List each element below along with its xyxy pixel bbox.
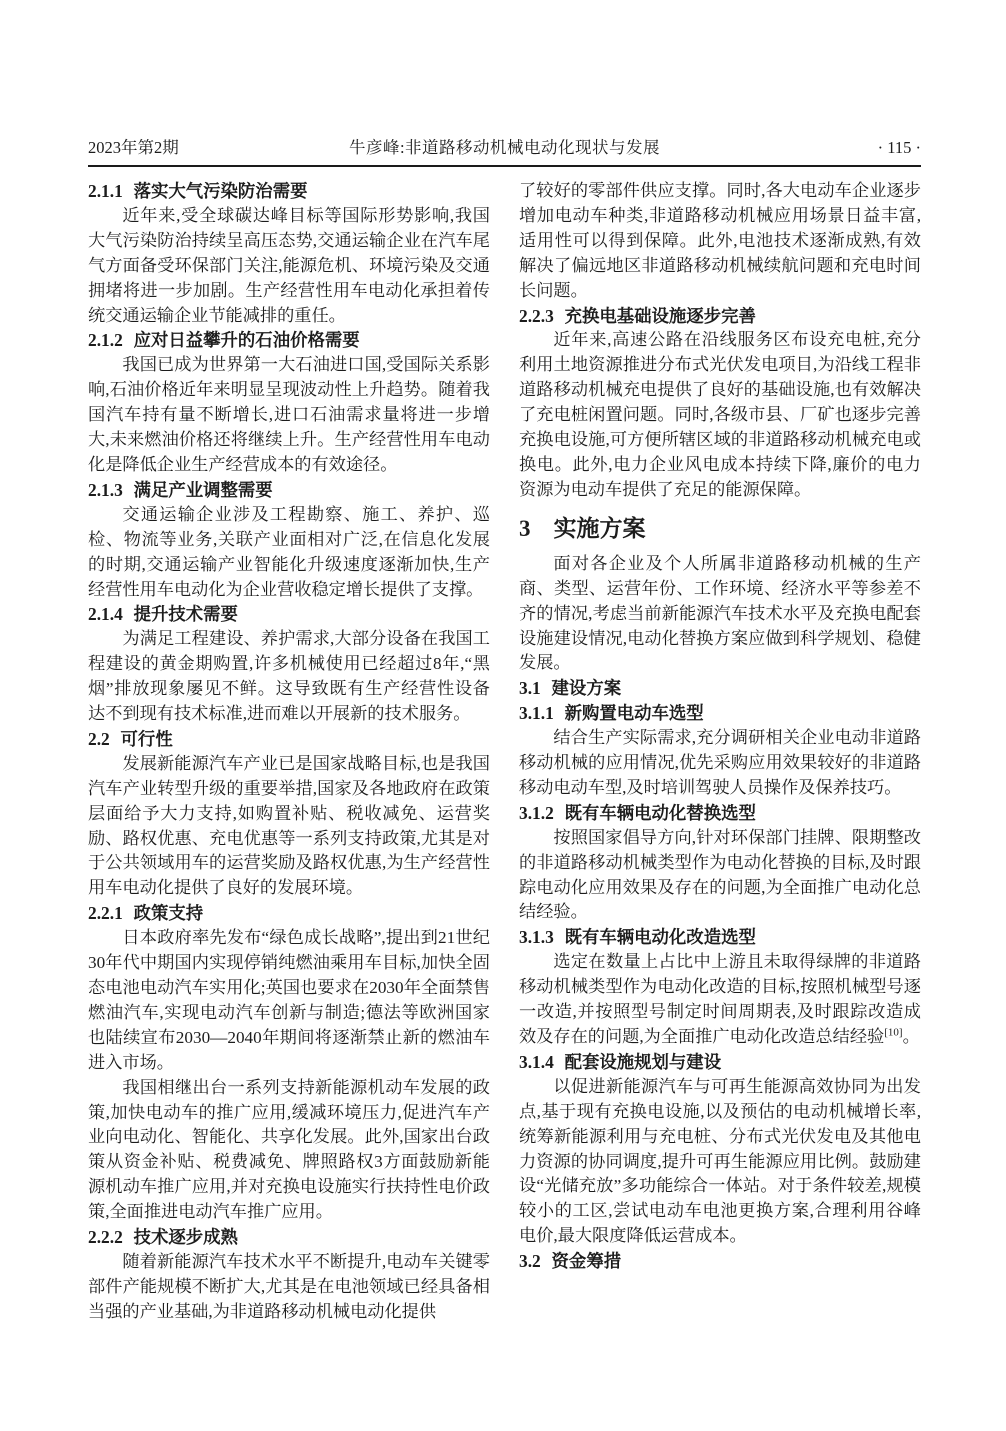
- heading-number: 3.1.2: [519, 803, 554, 823]
- heading-number: 3.1.1: [519, 703, 554, 723]
- journal-issue: 2023年第2期: [88, 138, 308, 158]
- right-column: 了较好的零部件供应支撑。同时,各大电动车企业逐步增加电动车种类,非道路移动机械应…: [519, 179, 921, 1325]
- section-heading-3: 3实施方案: [519, 515, 921, 542]
- heading-number: 2.2.3: [519, 306, 554, 326]
- heading-number: 3.1: [519, 678, 541, 698]
- header-rule: [88, 165, 921, 167]
- heading-3-1-4: 3.1.4配套设施规划与建设: [519, 1050, 921, 1075]
- paragraph-continuation: 了较好的零部件供应支撑。同时,各大电动车企业逐步增加电动车种类,非道路移动机械应…: [519, 179, 921, 304]
- paragraph: 日本政府率先发布“绿色成长战略”,提出到21世纪30年代中期国内实现停销纯燃油乘…: [88, 926, 490, 1075]
- heading-title: 建设方案: [552, 678, 622, 698]
- paragraph: 结合生产实际需求,充分调研相关企业电动非道路移动机械的应用情况,优先采购应用效果…: [519, 726, 921, 801]
- heading-title: 实施方案: [554, 515, 646, 541]
- paragraph-with-citation: 选定在数量上占比中上游且未取得绿牌的非道路移动机械类型作为电动化改造的目标,按照…: [519, 950, 921, 1050]
- heading-title: 既有车辆电动化改造选型: [565, 927, 756, 947]
- heading-title: 充换电基础设施逐步完善: [565, 306, 756, 326]
- running-title: 牛彦峰:非道路移动机械电动化现状与发展: [308, 138, 701, 158]
- heading-number: 2.2.1: [88, 903, 123, 923]
- heading-2-2-2: 2.2.2技术逐步成熟: [88, 1225, 490, 1250]
- heading-2-1-4: 2.1.4提升技术需要: [88, 602, 490, 627]
- heading-title: 应对日益攀升的石油价格需要: [134, 330, 360, 350]
- citation-marker: [10]: [884, 1026, 902, 1038]
- paragraph: 交通运输企业涉及工程勘察、施工、养护、巡检、物流等业务,关联产业面相对广泛,在信…: [88, 503, 490, 603]
- paragraph-text: 选定在数量上占比中上游且未取得绿牌的非道路移动机械类型作为电动化改造的目标,按照…: [519, 952, 921, 1046]
- heading-title: 技术逐步成熟: [134, 1227, 238, 1247]
- paragraph: 以促进新能源汽车与可再生能源高效协同为出发点,基于现有充换电设施,以及预估的电动…: [519, 1075, 921, 1249]
- heading-number: 2.1.4: [88, 604, 123, 624]
- heading-number: 3: [519, 516, 531, 541]
- heading-3-1-3: 3.1.3既有车辆电动化改造选型: [519, 925, 921, 950]
- heading-number: 3.2: [519, 1251, 541, 1271]
- paragraph: 发展新能源汽车产业已是国家战略目标,也是我国汽车产业转型升级的重要举措,国家及各…: [88, 752, 490, 901]
- heading-number: 2.2.2: [88, 1227, 123, 1247]
- paragraph: 面对各企业及个人所属非道路移动机械的生产商、类型、运营年份、工作环境、经济水平等…: [519, 552, 921, 677]
- heading-3-1-1: 3.1.1新购置电动车选型: [519, 701, 921, 726]
- heading-2-2: 2.2可行性: [88, 727, 490, 752]
- paragraph: 近年来,高速公路在沿线服务区布设充电桩,充分利用土地资源推进分布式光伏发电项目,…: [519, 328, 921, 502]
- heading-3-2: 3.2资金筹措: [519, 1249, 921, 1274]
- heading-number: 2.2: [88, 729, 110, 749]
- heading-number: 2.1.3: [88, 480, 123, 500]
- paragraph: 按照国家倡导方向,针对环保部门挂牌、限期整改的非道路移动机械类型作为电动化替换的…: [519, 826, 921, 926]
- left-column: 2.1.1落实大气污染防治需要 近年来,受全球碳达峰目标等国际形势影响,我国大气…: [88, 179, 490, 1325]
- heading-title: 资金筹措: [552, 1251, 622, 1271]
- heading-title: 满足产业调整需要: [134, 480, 273, 500]
- page-number: · 115 ·: [701, 138, 921, 158]
- heading-number: 3.1.3: [519, 927, 554, 947]
- heading-title: 可行性: [121, 729, 173, 749]
- paragraph-text: 。: [903, 1027, 920, 1046]
- heading-number: 3.1.4: [519, 1052, 554, 1072]
- heading-3-1-2: 3.1.2既有车辆电动化替换选型: [519, 801, 921, 826]
- heading-2-2-1: 2.2.1政策支持: [88, 901, 490, 926]
- heading-title: 新购置电动车选型: [565, 703, 704, 723]
- heading-title: 落实大气污染防治需要: [134, 181, 308, 201]
- heading-title: 配套设施规划与建设: [565, 1052, 722, 1072]
- heading-2-1-2: 2.1.2应对日益攀升的石油价格需要: [88, 328, 490, 353]
- heading-3-1: 3.1建设方案: [519, 676, 921, 701]
- heading-number: 2.1.1: [88, 181, 123, 201]
- heading-2-1-3: 2.1.3满足产业调整需要: [88, 478, 490, 503]
- heading-number: 2.1.2: [88, 330, 123, 350]
- two-column-body: 2.1.1落实大气污染防治需要 近年来,受全球碳达峰目标等国际形势影响,我国大气…: [88, 179, 921, 1325]
- heading-title: 政策支持: [134, 903, 204, 923]
- heading-title: 既有车辆电动化替换选型: [565, 803, 756, 823]
- heading-2-1-1: 2.1.1落实大气污染防治需要: [88, 179, 490, 204]
- running-header: 2023年第2期 牛彦峰:非道路移动机械电动化现状与发展 · 115 ·: [88, 138, 921, 158]
- heading-title: 提升技术需要: [134, 604, 238, 624]
- paragraph: 随着新能源汽车技术水平不断提升,电动车关键零部件产能规模不断扩大,尤其是在电池领…: [88, 1250, 490, 1325]
- paragraph: 近年来,受全球碳达峰目标等国际形势影响,我国大气污染防治持续呈高压态势,交通运输…: [88, 204, 490, 329]
- paragraph: 我国已成为世界第一大石油进口国,受国际关系影响,石油价格近年来明显呈现波动性上升…: [88, 353, 490, 478]
- paper-page: { "page": { "header": { "issue": "2023年第…: [0, 0, 1006, 1431]
- paragraph: 我国相继出台一系列支持新能源机动车发展的政策,加快电动车的推广应用,缓减环境压力…: [88, 1076, 490, 1225]
- heading-2-2-3: 2.2.3充换电基础设施逐步完善: [519, 304, 921, 329]
- paragraph: 为满足工程建设、养护需求,大部分设备在我国工程建设的黄金期购置,许多机械使用已经…: [88, 627, 490, 727]
- page-content: 2023年第2期 牛彦峰:非道路移动机械电动化现状与发展 · 115 · 2.1…: [88, 138, 921, 1325]
